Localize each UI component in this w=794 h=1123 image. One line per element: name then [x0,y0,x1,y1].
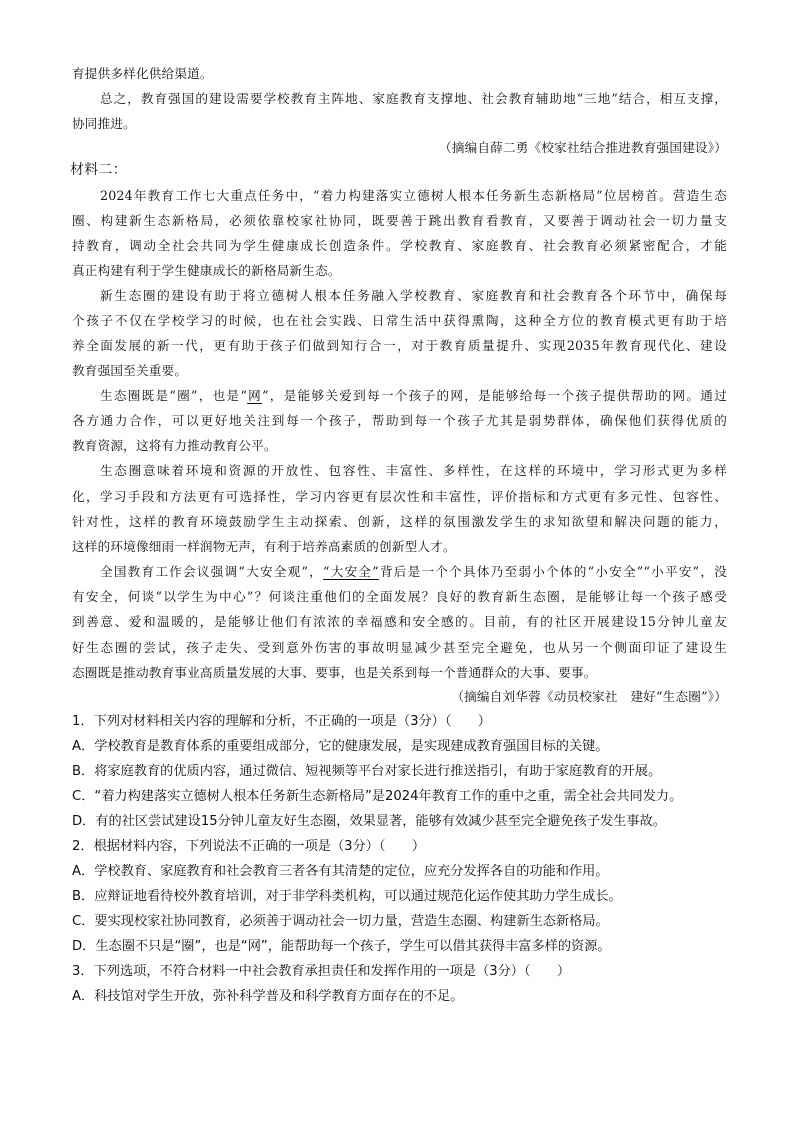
text-line: 2024年教育工作七大重点任务中，“着力构建落实立德树人根本任务新生态新格局”位… [100,183,727,208]
text-line: 针对性，这样的教育环境鼓励学生主动探索、创新，这样的氛围激发学生的求知欲望和解决… [72,509,727,534]
text-line: 持教育，调动全社会共同为学生健康成长创造条件。学校教育、家庭教育、社会教育必须紧… [72,233,727,258]
text-line: 教育资源，这将有力推动教育公平。 [72,433,727,458]
question-1-stem: 1．下列对材料相关内容的理解和分析，不正确的一项是（3分）（ ） [72,709,491,734]
question-1-option-b: B．将家庭教育的优质内容，通过微信、短视频等平台对家长进行推送指引，有助于家庭教… [72,759,661,784]
underlined-text: 网 [247,388,262,403]
text-line: 好生态圈的尝试，孩子走失、受到意外伤害的事故明显减少甚至完全避免，也从另一个侧面… [72,635,727,660]
text-line: 新生态圈的建设有助于将立德树人根本任务融入学校教育、家庭教育和社会教育各个环节中… [100,283,727,308]
text-line: 育提供多样化供给渠道。 [72,61,727,86]
text-line: 个孩子不仅在学校学习的时候，也在社会实践、日常生活中获得熏陶，这种全方位的教育模… [72,308,727,333]
question-1-option-d: D．有的社区尝试建设15分钟儿童友好生态圈，效果显著，能够有效减少甚至完全避免孩… [72,809,666,834]
question-2-option-c: C．要实现校家社协同教育，必须善于调动社会一切力量，营造生态圈、构建新生态新格局… [72,909,609,934]
section-heading: 材料二： [70,158,725,183]
text-line: 教育强国至关重要。 [72,358,727,383]
text-line: 养全面发展的新一代，更有助于孩子们做到知行合一，对于教育质量提升、实现2035年… [72,333,727,358]
document-page: 育提供多样化供给渠道。 总之，教育强国的建设需要学校教育主阵地、家庭教育支撑地、… [0,0,794,1123]
question-3-stem: 3．下列选项，不符合材料一中社会教育承担责任和发挥作用的一项是（3分）（ ） [72,959,570,984]
question-2-stem: 2．根据材料内容，下列说法不正确的一项是（3分）（ ） [72,834,425,859]
text-span: 生态圈既是“圈”，也是“ [100,388,247,403]
question-1-option-c: C．“着力构建落实立德树人根本任务新生态新格局”是2024年教育工作的重中之重，… [72,784,682,809]
text-line: 生态圈既是“圈”，也是“网”，是能够关爱到每一个孩子的网，是能够给每一个孩子提供… [100,383,727,408]
text-line: 态圈既是推动教育事业高质量发展的大事、要事，也是关系到每一个普通群众的大事、要事… [72,660,727,685]
text-line: 到善意、爱和温暖的，是能够让他们有浓浓的幸福感和安全感的。目前，有的社区开展建设… [72,609,727,634]
question-1-option-a: A．学校教育是教育体系的重要组成部分，它的健康发展，是实现建成教育强国目标的关键… [72,734,609,759]
text-line: 有安全，何谈“以学生为中心”？何谈注重他们的全面发展？良好的教育新生态圈，是能够… [72,584,727,609]
text-span: ”，是能够关爱到每一个孩子的网，是能够给每一个孩子提供帮助的网。通过 [262,388,727,403]
text-span: 全国教育工作会议强调“大安全观”， [100,564,323,579]
question-2-option-d: D．生态圈不只是“圈”，也是“网”，能帮助每一个孩子，学生可以借其获得丰富多样的… [72,934,611,959]
text-line: 这样的环境像细雨一样润物无声，有利于培养高素质的创新型人才。 [72,534,727,559]
underlined-text: “大安全” [323,564,379,579]
question-3-option-a: A．科技馆对学生开放，弥补科学普及和科学教育方面存在的不足。 [72,984,463,1009]
text-line: 真正构建有利于学生健康成长的新格局新生态。 [72,258,727,283]
question-2-option-a: A．学校教育、家庭教育和社会教育三者各有其清楚的定位，应充分发挥各自的功能和作用… [72,859,609,884]
source-citation: （摘编自刘华蓉《动员校家社 建好“生态圈”》） [400,684,727,709]
text-line: 圈、构建新生态新格局，必须依靠校家社协同，既要善于跳出教育看教育，又要善于调动社… [72,208,727,233]
text-span: 背后是一个个具体乃至弱小个体的“小安全”“小平安”，没 [379,564,727,579]
text-line: 总之，教育强国的建设需要学校教育主阵地、家庭教育支撑地、社会教育辅助地“三地”结… [100,86,727,111]
text-line: 协同推进。 [72,111,727,136]
text-line: 各方通力合作，可以更好地关注到每一个孩子，帮助到每一个孩子尤其是弱势群体，确保他… [72,408,727,433]
text-line: 生态圈意味着环境和资源的开放性、包容性、丰富性、多样性，在这样的环境中，学习形式… [100,458,727,483]
text-line: 化，学习手段和方法更有可选择性，学习内容更有层次性和丰富性，评价指标和方式更有多… [72,484,727,509]
source-citation: （摘编自薛二勇《校家社结合推进教育强国建设》） [400,135,727,160]
question-2-option-b: B．应辩证地看待校外教育培训，对于非学科类机构，可以通过规范化运作使其助力学生成… [72,884,622,909]
text-line: 全国教育工作会议强调“大安全观”，“大安全”背后是一个个具体乃至弱小个体的“小安… [100,559,727,584]
